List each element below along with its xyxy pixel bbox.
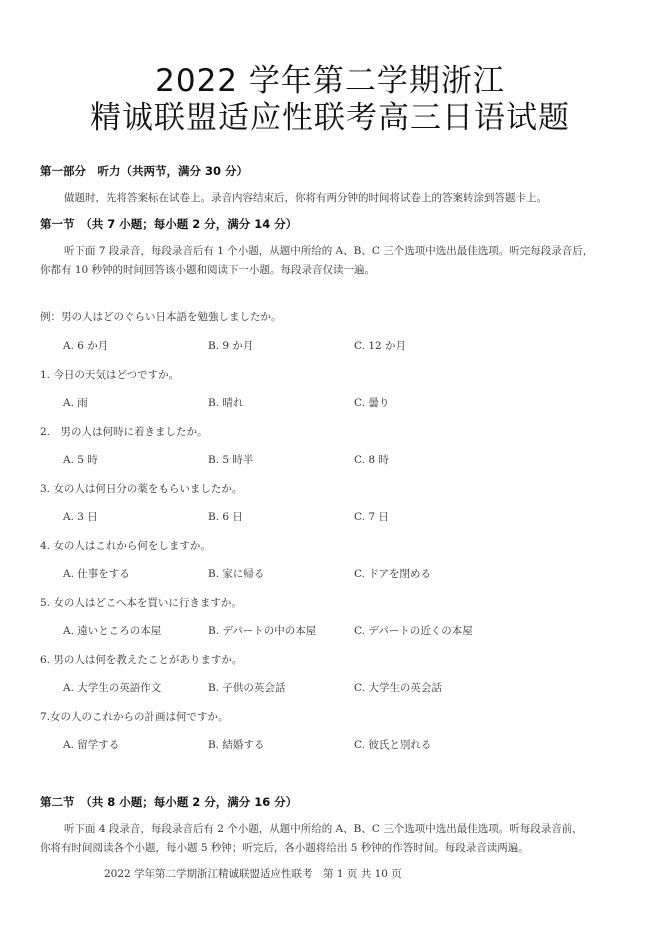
- section1-instruction-line2: 你都有 10 秒钟的时间回答该小题和阅读下一小题。每段录音仅读一遍。: [40, 262, 375, 277]
- option-a: A. 3 日: [63, 509, 98, 524]
- option-a: A. 大学生の英語作文: [63, 680, 161, 695]
- question-6-stem: 6. 男の人は何を教えたことがありますか。: [40, 652, 242, 667]
- option-b: B. 子供の英会話: [208, 680, 285, 695]
- option-b: B. 晴れ: [208, 395, 243, 410]
- question-3-stem: 3. 女の人は何日分の薬をもらいましたか。: [40, 481, 242, 496]
- question-1-stem: 1. 今日の天気はどつですか。: [40, 367, 179, 382]
- section2-instruction-line2: 你将有时间阅读各个小题，每小题 5 秒钟；听完后，各小题将给出 5 秒钟的作答时…: [40, 840, 529, 855]
- question-7-stem: 7.女の人のこれからの計画は何ですか。: [40, 709, 229, 724]
- option-b: B. 家に帰る: [208, 566, 264, 581]
- option-c: C. 彼氏と別れる: [354, 737, 431, 752]
- question-example-stem: 例：男の人はどのぐらい日本語を勉強しましたか。: [40, 309, 282, 324]
- option-a: A. 5 時: [63, 452, 98, 467]
- section2-heading: 第二节 （共 8 小题；每小题 2 分，满分 16 分）: [40, 794, 297, 810]
- option-c: C. ドアを閉める: [354, 566, 431, 581]
- option-c: C. 7 日: [354, 509, 389, 524]
- question-5-stem: 5. 女の人はどこへ本を買いに行きますか。: [40, 595, 242, 610]
- option-b: B. 9 か月: [208, 338, 253, 353]
- question-2-stem: 2. 男の人は何時に着きましたか。: [40, 424, 208, 439]
- option-c: C. 曇り: [354, 395, 389, 410]
- option-c: C. デパートの近くの本屋: [354, 623, 473, 638]
- part1-heading: 第一部分 听力（共两节，满分 30 分）: [40, 163, 248, 179]
- page-footer: 2022 学年第二学期浙江精诚联盟适应性联考 第 1 页 共 10 页: [104, 866, 402, 881]
- option-a: A. 仕事をする: [63, 566, 130, 581]
- option-b: B. 5 時半: [208, 452, 253, 467]
- title-line-2: 精诚联盟适应性联考高三日语试题: [0, 92, 660, 137]
- option-c: C. 8 時: [354, 452, 389, 467]
- option-a: A. 雨: [63, 395, 88, 410]
- section2-instruction-line1: 听下面 4 段录音，每段录音后有 2 个小题，从题中所给的 A、B、C 三个选项…: [64, 821, 583, 836]
- part1-instruction: 做题时，先将答案标在试卷上。录音内容结束后，你将有两分钟的时间将试卷上的答案转涂…: [64, 190, 547, 205]
- option-b: B. デパートの中の本屋: [208, 623, 316, 638]
- option-a: A. 6 か月: [63, 338, 108, 353]
- question-4-stem: 4. 女の人はこれから何をしますか。: [40, 538, 211, 553]
- option-a: A. 遠いところの本屋: [63, 623, 161, 638]
- option-c: C. 12 か月: [354, 338, 406, 353]
- section1-heading: 第一节 （共 7 小题；每小题 2 分，满分 14 分）: [40, 216, 297, 232]
- option-b: B. 6 日: [208, 509, 243, 524]
- option-b: B. 結婚する: [208, 737, 264, 752]
- option-c: C. 大学生の英会話: [354, 680, 442, 695]
- option-a: A. 留学する: [63, 737, 119, 752]
- section1-instruction-line1: 听下面 7 段录音，每段录音后有 1 个小题，从题中所给的 A、B、C 三个选项…: [64, 243, 593, 258]
